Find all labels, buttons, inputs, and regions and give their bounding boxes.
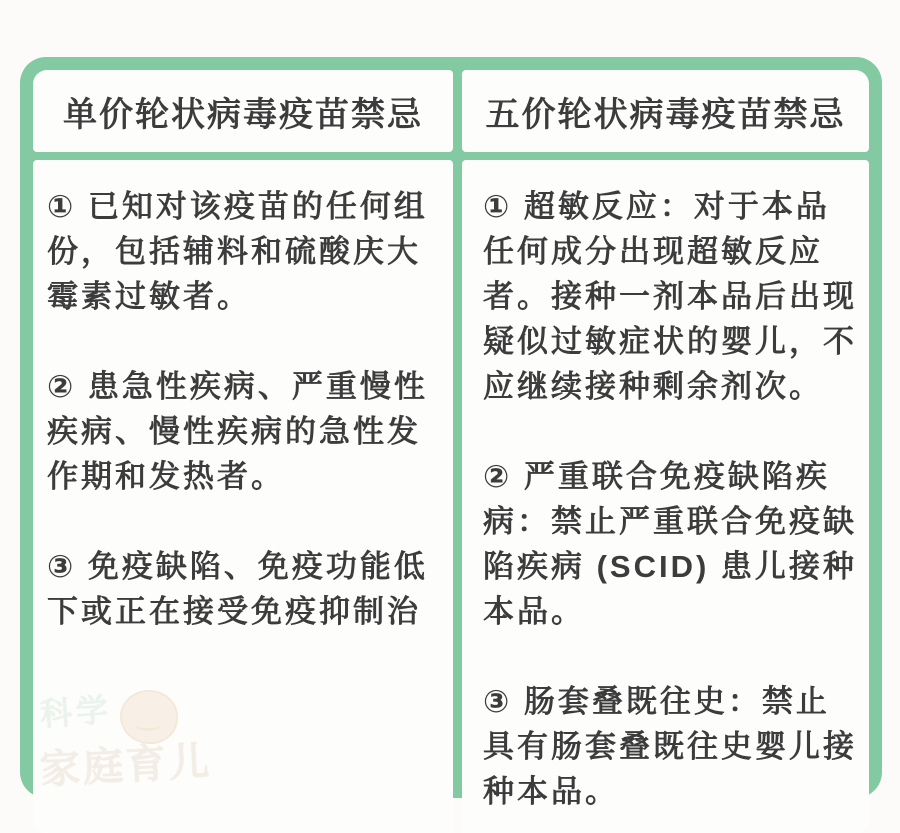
infographic-canvas: 单价轮状病毒疫苗禁忌 五价轮状病毒疫苗禁忌 ① 已知对该疫苗的任何组份，包括辅料…	[0, 0, 900, 833]
pentavalent-item-1: ① 超敏反应：对于本品任何成分出现超敏反应者。接种一剂本品后出现疑似过敏症状的婴…	[483, 184, 859, 409]
monovalent-item-1: ① 已知对该疫苗的任何组份，包括辅料和硫酸庆大霉素过敏者。	[47, 184, 443, 319]
header-pentavalent-vaccine: 五价轮状病毒疫苗禁忌	[462, 70, 869, 152]
monovalent-contraindications-cell: ① 已知对该疫苗的任何组份，包括辅料和硫酸庆大霉素过敏者。 ② 患急性疾病、严重…	[33, 160, 453, 833]
table-grid: 单价轮状病毒疫苗禁忌 五价轮状病毒疫苗禁忌 ① 已知对该疫苗的任何组份，包括辅料…	[33, 70, 869, 785]
pentavalent-item-2: ② 严重联合免疫缺陷疾病：禁止严重联合免疫缺陷疾病 (SCID) 患儿接种本品。	[483, 454, 859, 634]
header-monovalent-vaccine: 单价轮状病毒疫苗禁忌	[33, 70, 453, 152]
pentavalent-contraindications-cell: ① 超敏反应：对于本品任何成分出现超敏反应者。接种一剂本品后出现疑似过敏症状的婴…	[462, 160, 869, 833]
vaccine-comparison-table: 单价轮状病毒疫苗禁忌 五价轮状病毒疫苗禁忌 ① 已知对该疫苗的任何组份，包括辅料…	[20, 57, 882, 798]
monovalent-item-2: ② 患急性疾病、严重慢性疾病、慢性疾病的急性发作期和发热者。	[47, 364, 443, 499]
pentavalent-item-3: ③ 肠套叠既往史：禁止具有肠套叠既往史婴儿接种本品。	[483, 679, 859, 814]
monovalent-item-3: ③ 免疫缺陷、免疫功能低下或正在接受免疫抑制治	[47, 544, 443, 634]
